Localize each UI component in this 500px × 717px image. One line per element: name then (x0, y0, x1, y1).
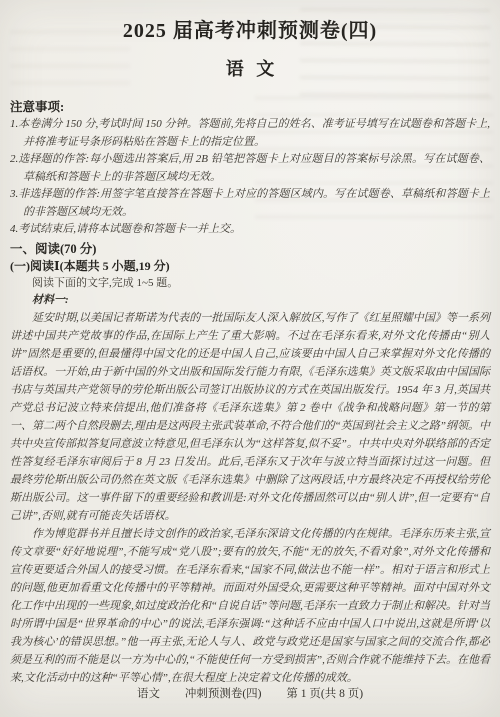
section-one-heading: 一、阅读(70 分) (10, 241, 490, 258)
page-footer: 语文 冲刺预测卷(四) 第 1 页(共 8 页) (0, 685, 500, 701)
notice-section: 注意事项: 1.本卷满分 150 分,考试时间 150 分钟。答题前,先将自己的… (10, 99, 490, 239)
reading-instruction: 阅读下面的文字,完成 1~5 题。 (10, 275, 490, 292)
footer-volume: 冲刺预测卷(四) (185, 688, 262, 700)
material-paragraph-1: 延安时期,以美国记者斯诺为代表的一批国际友人深入解放区,写作了《红星照耀中国》等… (10, 309, 490, 525)
reading-one-subheading: (一)阅读Ⅰ(本题共 5 小题,19 分) (10, 258, 490, 275)
subject-title: 语文 (10, 57, 490, 81)
notice-item-3: 3.非选择题的作答:用签字笔直接答在答题卡上对应的答题区域内。写在试题卷、草稿纸… (10, 186, 490, 221)
material-paragraph-2: 作为博览群书并且擅长诗文创作的政治家,毛泽东深谙文化传播的内在规律。毛泽东历来主… (10, 525, 490, 687)
notice-item-4: 4.考试结束后,请将本试题卷和答题卡一并上交。 (10, 221, 490, 239)
notice-item-2: 2.选择题的作答:每小题选出答案后,用 2B 铅笔把答题卡上对应题目的答案标号涂… (10, 151, 490, 186)
paper-title: 2025 届高考冲刺预测卷(四) (10, 18, 490, 44)
exam-paper-page: 2025 届高考冲刺预测卷(四) 语文 注意事项: 1.本卷满分 150 分,考… (0, 0, 500, 717)
notice-item-1: 1.本卷满分 150 分,考试时间 150 分钟。答题前,先将自己的姓名、准考证… (10, 116, 490, 151)
notice-heading: 注意事项: (10, 99, 490, 116)
footer-subject: 语文 (137, 688, 160, 700)
material-one-label: 材料一: (10, 292, 490, 309)
footer-page-number: 第 1 页(共 8 页) (286, 688, 363, 700)
